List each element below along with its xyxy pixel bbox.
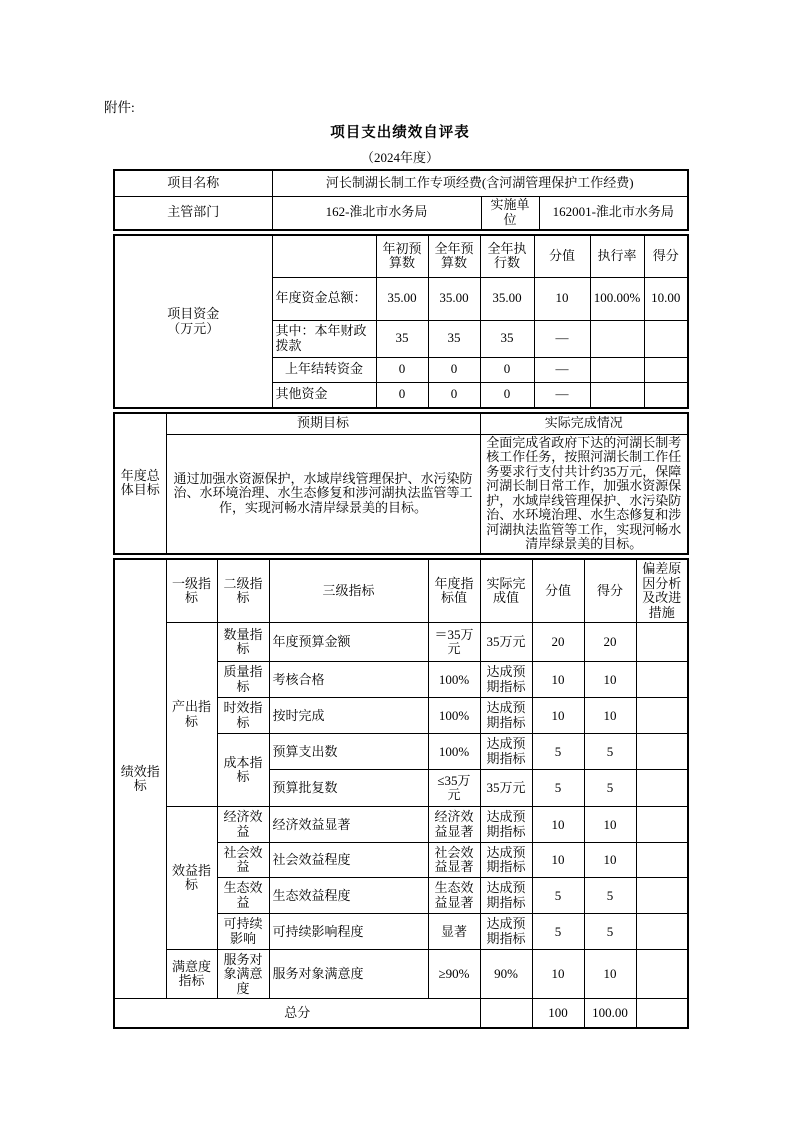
funds-table: 项目资金 （万元） 年初预算数 全年预算数 全年执行数 分值 执行率 得分 年度… bbox=[113, 234, 689, 409]
actual-result-header: 实际完成情况 bbox=[480, 413, 688, 434]
deviation-cell bbox=[636, 770, 688, 807]
level1-satisfaction-label: 满意度指标 bbox=[166, 950, 217, 999]
target-cell: 100% bbox=[428, 698, 480, 734]
level3-cell: 按时完成 bbox=[269, 698, 428, 734]
funds-cell: 10 bbox=[534, 277, 590, 320]
actual-cell: 35万元 bbox=[480, 623, 532, 662]
indicators-col-header: 二级指标 bbox=[217, 559, 269, 623]
got-cell: 5 bbox=[584, 770, 636, 807]
score-cell: 5 bbox=[532, 734, 584, 770]
total-score: 100 bbox=[532, 999, 584, 1028]
expected-goal-header: 预期目标 bbox=[166, 413, 480, 434]
actual-result-text: 全面完成省政府下达的河湖长制考核工作任务，按照河湖长制工作任务要求行支付共计约3… bbox=[480, 434, 688, 554]
tables-container: 项目名称 河长制湖长制工作专项经费(含河湖管理保护工作经费) 主管部门 162-… bbox=[113, 169, 687, 1032]
target-cell: ≤35万元 bbox=[428, 770, 480, 807]
level2-cell: 经济效益 bbox=[217, 807, 269, 843]
indicators-col-header: 分值 bbox=[532, 559, 584, 623]
goal-table: 年度总体目标 预期目标 实际完成情况 通过加强水资源保护，水域岸线管理保护、水污… bbox=[113, 412, 689, 555]
level2-cell: 可持续影响 bbox=[217, 914, 269, 950]
score-cell: 5 bbox=[532, 878, 584, 914]
indicator-row: 满意度指标 服务对象满意度 服务对象满意度 ≥90% 90% 10 10 bbox=[114, 950, 688, 999]
total-actual-empty bbox=[480, 999, 532, 1028]
indicators-col-header: 偏差原因分析及改进措施 bbox=[636, 559, 688, 623]
funds-col-header: 全年执行数 bbox=[480, 235, 534, 277]
level3-cell: 服务对象满意度 bbox=[269, 950, 428, 999]
funds-cell: 0 bbox=[480, 382, 534, 408]
funds-col-header: 年初预算数 bbox=[376, 235, 428, 277]
score-cell: 10 bbox=[532, 950, 584, 999]
dept-value: 162-淮北市水务局 bbox=[272, 196, 481, 230]
target-cell: 经济效益显著 bbox=[428, 807, 480, 843]
goal-content-row: 通过加强水资源保护，水域岸线管理保护、水污染防治、水环境治理、水生态修复和涉河湖… bbox=[114, 434, 688, 554]
funds-cell: 0 bbox=[376, 382, 428, 408]
funds-row-label: 上年结转资金 bbox=[272, 357, 376, 382]
total-got: 100.00 bbox=[584, 999, 636, 1028]
deviation-cell bbox=[636, 878, 688, 914]
attachment-label: 附件: bbox=[104, 96, 135, 116]
deviation-cell bbox=[636, 662, 688, 698]
funds-col-header: 得分 bbox=[644, 235, 688, 277]
level2-cell: 社会效益 bbox=[217, 843, 269, 878]
indicator-row: 效益指标 经济效益 经济效益显著 经济效益显著 达成预期指标 10 10 bbox=[114, 807, 688, 843]
level2-cell: 时效指标 bbox=[217, 698, 269, 734]
funds-cell bbox=[644, 320, 688, 357]
got-cell: 10 bbox=[584, 662, 636, 698]
got-cell: 20 bbox=[584, 623, 636, 662]
funds-row-label: 年度资金总额： bbox=[272, 277, 376, 320]
got-cell: 10 bbox=[584, 807, 636, 843]
funds-cell: 0 bbox=[480, 357, 534, 382]
indicators-col-header: 一级指标 bbox=[166, 559, 217, 623]
table-row: 主管部门 162-淮北市水务局 实施单位 162001-淮北市水务局 bbox=[114, 196, 688, 230]
funds-cell: 35 bbox=[376, 320, 428, 357]
unit-value: 162001-淮北市水务局 bbox=[539, 196, 688, 230]
deviation-cell bbox=[636, 734, 688, 770]
score-cell: 10 bbox=[532, 807, 584, 843]
indicators-table: 绩效指标 一级指标 二级指标 三级指标 年度指标值 实际完成值 分值 得分 偏差… bbox=[113, 558, 689, 1029]
actual-cell: 达成预期指标 bbox=[480, 734, 532, 770]
score-cell: 5 bbox=[532, 914, 584, 950]
funds-col-header: 执行率 bbox=[590, 235, 644, 277]
level1-benefit-label: 效益指标 bbox=[166, 807, 217, 950]
funds-cell bbox=[644, 357, 688, 382]
level3-cell: 经济效益显著 bbox=[269, 807, 428, 843]
dept-label: 主管部门 bbox=[114, 196, 272, 230]
level3-cell: 可持续影响程度 bbox=[269, 914, 428, 950]
funds-cell bbox=[644, 382, 688, 408]
funds-cell: — bbox=[534, 382, 590, 408]
got-cell: 5 bbox=[584, 914, 636, 950]
goal-header-row: 年度总体目标 预期目标 实际完成情况 bbox=[114, 413, 688, 434]
funds-label: 项目资金 （万元） bbox=[114, 235, 272, 408]
indicators-col-header: 年度指标值 bbox=[428, 559, 480, 623]
indicators-col-header: 实际完成值 bbox=[480, 559, 532, 623]
deviation-cell bbox=[636, 999, 688, 1028]
funds-col-header: 全年预算数 bbox=[428, 235, 480, 277]
level2-cell: 生态效益 bbox=[217, 878, 269, 914]
expected-goal-text: 通过加强水资源保护，水域岸线管理保护、水污染防治、水环境治理、水生态修复和涉河湖… bbox=[166, 434, 480, 554]
funds-header-row: 项目资金 （万元） 年初预算数 全年预算数 全年执行数 分值 执行率 得分 bbox=[114, 235, 688, 277]
level3-cell: 预算支出数 bbox=[269, 734, 428, 770]
score-cell: 5 bbox=[532, 770, 584, 807]
level3-cell: 社会效益程度 bbox=[269, 843, 428, 878]
funds-cell bbox=[590, 382, 644, 408]
score-cell: 10 bbox=[532, 698, 584, 734]
got-cell: 5 bbox=[584, 734, 636, 770]
funds-row-label: 其他资金 bbox=[272, 382, 376, 408]
goal-label: 年度总体目标 bbox=[114, 413, 166, 554]
page-title: 项目支出绩效自评表 bbox=[113, 121, 687, 142]
got-cell: 10 bbox=[584, 843, 636, 878]
target-cell: 100% bbox=[428, 662, 480, 698]
funds-cell: 35.00 bbox=[376, 277, 428, 320]
indicators-col-header: 三级指标 bbox=[269, 559, 428, 623]
funds-cell: 10.00 bbox=[644, 277, 688, 320]
funds-cell: 0 bbox=[428, 357, 480, 382]
funds-label-line2: （万元） bbox=[118, 322, 269, 337]
total-label: 总分 bbox=[114, 999, 480, 1028]
project-name-label: 项目名称 bbox=[114, 170, 272, 196]
level2-cell: 成本指标 bbox=[217, 734, 269, 807]
actual-cell: 90% bbox=[480, 950, 532, 999]
deviation-cell bbox=[636, 698, 688, 734]
project-info-table: 项目名称 河长制湖长制工作专项经费(含河湖管理保护工作经费) 主管部门 162-… bbox=[113, 169, 689, 231]
funds-cell: 35 bbox=[480, 320, 534, 357]
funds-subheader-empty bbox=[272, 235, 376, 277]
level3-cell: 考核合格 bbox=[269, 662, 428, 698]
funds-cell: — bbox=[534, 320, 590, 357]
funds-cell bbox=[590, 320, 644, 357]
deviation-cell bbox=[636, 914, 688, 950]
actual-cell: 35万元 bbox=[480, 770, 532, 807]
indicators-label: 绩效指标 bbox=[114, 559, 166, 999]
deviation-cell bbox=[636, 807, 688, 843]
page-subtitle: （2024年度） bbox=[113, 147, 687, 166]
level2-cell: 服务对象满意度 bbox=[217, 950, 269, 999]
target-cell: ≥90% bbox=[428, 950, 480, 999]
target-cell: ＝35万元 bbox=[428, 623, 480, 662]
level2-cell: 质量指标 bbox=[217, 662, 269, 698]
deviation-cell bbox=[636, 623, 688, 662]
funds-cell: 35.00 bbox=[480, 277, 534, 320]
target-cell: 100% bbox=[428, 734, 480, 770]
total-row: 总分 100 100.00 bbox=[114, 999, 688, 1028]
indicators-col-header: 得分 bbox=[584, 559, 636, 623]
score-cell: 10 bbox=[532, 662, 584, 698]
target-cell: 社会效益显著 bbox=[428, 843, 480, 878]
deviation-cell bbox=[636, 950, 688, 999]
target-cell: 生态效益显著 bbox=[428, 878, 480, 914]
actual-cell: 达成预期指标 bbox=[480, 698, 532, 734]
funds-col-header: 分值 bbox=[534, 235, 590, 277]
level3-cell: 生态效益程度 bbox=[269, 878, 428, 914]
actual-cell: 达成预期指标 bbox=[480, 878, 532, 914]
got-cell: 5 bbox=[584, 878, 636, 914]
funds-label-line1: 项目资金 bbox=[118, 307, 269, 322]
funds-cell: — bbox=[534, 357, 590, 382]
actual-cell: 达成预期指标 bbox=[480, 662, 532, 698]
level3-cell: 年度预算金额 bbox=[269, 623, 428, 662]
table-row: 项目名称 河长制湖长制工作专项经费(含河湖管理保护工作经费) bbox=[114, 170, 688, 196]
level1-output-label: 产出指标 bbox=[166, 623, 217, 807]
got-cell: 10 bbox=[584, 698, 636, 734]
actual-cell: 达成预期指标 bbox=[480, 843, 532, 878]
funds-row-label: 其中：本年财政拨款 bbox=[272, 320, 376, 357]
target-cell: 显著 bbox=[428, 914, 480, 950]
indicator-row: 产出指标 数量指标 年度预算金额 ＝35万元 35万元 20 20 bbox=[114, 623, 688, 662]
indicators-header-row: 绩效指标 一级指标 二级指标 三级指标 年度指标值 实际完成值 分值 得分 偏差… bbox=[114, 559, 688, 623]
funds-cell bbox=[590, 357, 644, 382]
document-page: 附件: 项目支出绩效自评表 （2024年度） 项目名称 河长制湖长制工作专项经费… bbox=[0, 0, 793, 1122]
funds-cell: 35.00 bbox=[428, 277, 480, 320]
funds-cell: 35 bbox=[428, 320, 480, 357]
score-cell: 10 bbox=[532, 843, 584, 878]
actual-cell: 达成预期指标 bbox=[480, 914, 532, 950]
funds-cell: 100.00% bbox=[590, 277, 644, 320]
unit-label: 实施单位 bbox=[481, 196, 539, 230]
project-name-value: 河长制湖长制工作专项经费(含河湖管理保护工作经费) bbox=[272, 170, 688, 196]
level2-cell: 数量指标 bbox=[217, 623, 269, 662]
deviation-cell bbox=[636, 843, 688, 878]
score-cell: 20 bbox=[532, 623, 584, 662]
got-cell: 10 bbox=[584, 950, 636, 999]
level3-cell: 预算批复数 bbox=[269, 770, 428, 807]
funds-cell: 0 bbox=[376, 357, 428, 382]
actual-cell: 达成预期指标 bbox=[480, 807, 532, 843]
funds-cell: 0 bbox=[428, 382, 480, 408]
